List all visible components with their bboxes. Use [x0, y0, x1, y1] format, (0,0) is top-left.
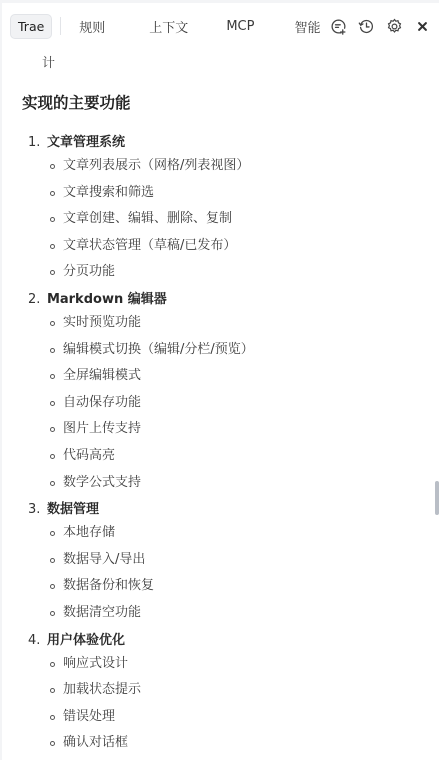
group-title: 1. 文章管理系统	[28, 133, 429, 153]
settings-button[interactable]	[384, 15, 406, 37]
list-item: 文章状态管理（草稿/已发布）	[28, 233, 429, 260]
list-item: 加载状态提示	[28, 677, 429, 704]
bullet-icon	[50, 348, 55, 353]
feature-group: 1. 文章管理系统 文章列表展示（网格/列表视图） 文章搜索和筛选 文章创建、编…	[28, 133, 429, 286]
tab-rules[interactable]: 规则	[79, 17, 105, 36]
list-item: 分页功能	[28, 259, 429, 286]
close-button[interactable]	[411, 15, 433, 37]
list-item: 文章创建、编辑、删除、复制	[28, 206, 429, 233]
list-item: 响应式设计	[28, 651, 429, 678]
list-item: 本地存储	[28, 520, 429, 547]
group-title: 2. Markdown 编辑器	[28, 290, 429, 310]
list-item: 错误处理	[28, 704, 429, 731]
list-item: 确认对话框	[28, 730, 429, 757]
close-icon	[414, 18, 431, 35]
bullet-icon	[50, 481, 55, 486]
list-item: 数学公式支持	[28, 470, 429, 497]
bullet-icon	[50, 531, 55, 536]
tab-agents[interactable]: 智能	[294, 17, 320, 36]
message-content: 计 实现的主要功能 1. 文章管理系统 文章列表展示（网格/列表视图） 文章搜索…	[2, 49, 439, 760]
bullet-icon	[50, 454, 55, 459]
list-item: 数据备份和恢复	[28, 573, 429, 600]
bullet-icon	[50, 662, 55, 667]
list-item: 代码高亮	[28, 443, 429, 470]
tab-context[interactable]: 上下文	[149, 17, 188, 36]
bullet-icon	[50, 164, 55, 169]
list-item: 自动保存功能	[28, 390, 429, 417]
bullet-icon	[50, 244, 55, 249]
bullet-icon	[50, 191, 55, 196]
bullet-icon	[50, 584, 55, 589]
list-item: 文章搜索和筛选	[28, 180, 429, 207]
tab-trae[interactable]: Trae	[10, 14, 52, 39]
new-chat-button[interactable]	[328, 15, 350, 37]
new-chat-icon	[330, 18, 347, 35]
history-icon	[358, 18, 375, 35]
bullet-icon	[50, 427, 55, 432]
bullet-icon	[50, 715, 55, 720]
bullet-icon	[50, 401, 55, 406]
tab-mcp[interactable]: MCP	[226, 19, 254, 34]
feature-group: 4. 用户体验优化 响应式设计 加载状态提示 错误处理 确认对话框	[28, 631, 429, 757]
bullet-icon	[50, 270, 55, 275]
bullet-icon	[50, 558, 55, 563]
top-bar: Trae 规则 上下文 MCP 智能	[2, 3, 439, 49]
settings-icon	[386, 18, 403, 35]
scrollbar-thumb[interactable]	[435, 481, 439, 515]
feature-group: 3. 数据管理 本地存储 数据导入/导出 数据备份和恢复 数据清空功能	[28, 500, 429, 626]
list-item: 文章列表展示（网格/列表视图）	[28, 153, 429, 180]
list-item: 编辑模式切换（编辑/分栏/预览）	[28, 337, 429, 364]
bullet-icon	[50, 741, 55, 746]
bullet-icon	[50, 217, 55, 222]
feature-list: 1. 文章管理系统 文章列表展示（网格/列表视图） 文章搜索和筛选 文章创建、编…	[28, 129, 429, 757]
group-title: 3. 数据管理	[28, 500, 429, 520]
history-button[interactable]	[356, 15, 378, 37]
feature-group: 2. Markdown 编辑器 实时预览功能 编辑模式切换（编辑/分栏/预览） …	[28, 290, 429, 496]
section-heading: 实现的主要功能	[22, 91, 131, 113]
list-item: 实时预览功能	[28, 310, 429, 337]
truncated-text: 计	[42, 52, 55, 71]
list-item: 数据清空功能	[28, 600, 429, 627]
bullet-icon	[50, 321, 55, 326]
chat-panel: Trae 规则 上下文 MCP 智能	[2, 3, 439, 760]
list-item: 全屏编辑模式	[28, 363, 429, 390]
list-item: 数据导入/导出	[28, 547, 429, 574]
bullet-icon	[50, 688, 55, 693]
bullet-icon	[50, 374, 55, 379]
list-item: 图片上传支持	[28, 416, 429, 443]
bullet-icon	[50, 611, 55, 616]
group-title: 4. 用户体验优化	[28, 631, 429, 651]
divider	[60, 17, 61, 35]
